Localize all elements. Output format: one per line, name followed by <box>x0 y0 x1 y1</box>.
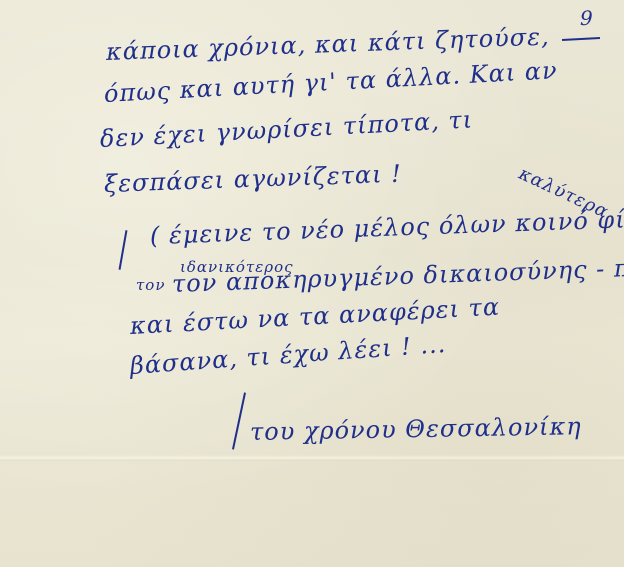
page-number-underline <box>562 37 600 41</box>
open-parenthesis-stroke <box>119 230 128 270</box>
handwritten-line-4: ξεσπάσει αγωνίζεται ! <box>104 160 403 198</box>
page-number: 9 <box>580 6 593 30</box>
handwritten-line-5: ( έμεινε το νέο μέλος όλων κοινό φίλο <box>150 204 624 250</box>
paper-fold <box>0 455 624 461</box>
closing-stroke <box>232 392 246 449</box>
handwritten-closing-line: του χρόνου Θεσσαλονίκη <box>250 412 582 446</box>
inline-prefix: τον <box>136 276 165 294</box>
letter-page: 9 κάποια χρόνια, και κάτι ζητούσε, όπως … <box>0 0 624 567</box>
handwritten-line-2: όπως και αυτή γι' τα άλλα. Και αν <box>103 56 558 108</box>
handwritten-line-3: δεν έχει γνωρίσει τίποτα, τι <box>99 105 474 153</box>
